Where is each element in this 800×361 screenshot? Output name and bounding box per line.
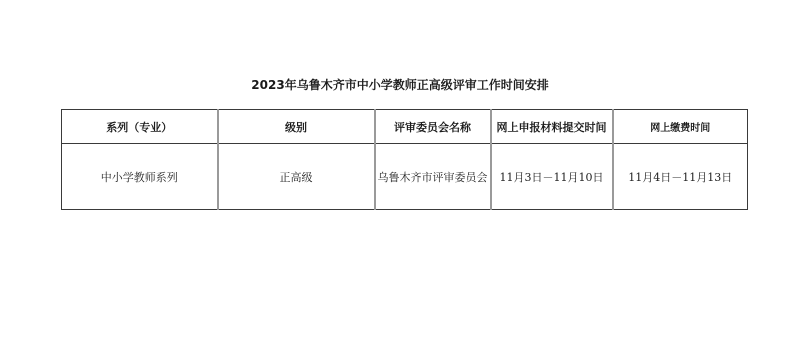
table-row: 中小学教师系列 正高级 乌鲁木齐市评审委员会 11月3日－11月10日 11月4…	[62, 144, 748, 210]
cell-level: 正高级	[218, 144, 375, 210]
header-series: 系列（专业）	[62, 110, 218, 144]
table-header-row: 系列（专业） 级别 评审委员会名称 网上申报材料提交时间 网上缴费时间	[62, 110, 748, 144]
document-title: 2023年乌鲁木齐市中小学教师正高级评审工作时间安排	[0, 77, 800, 93]
cell-submission-time: 11月3日－11月10日	[491, 144, 613, 210]
header-committee-name: 评审委员会名称	[375, 110, 491, 144]
header-payment-time: 网上缴费时间	[613, 110, 748, 144]
header-level: 级别	[218, 110, 375, 144]
cell-series: 中小学教师系列	[62, 144, 218, 210]
header-submission-time: 网上申报材料提交时间	[491, 110, 613, 144]
cell-payment-time: 11月4日－11月13日	[613, 144, 748, 210]
cell-committee-name: 乌鲁木齐市评审委员会	[375, 144, 491, 210]
schedule-table: 系列（专业） 级别 评审委员会名称 网上申报材料提交时间 网上缴费时间 中小学教…	[61, 109, 748, 210]
